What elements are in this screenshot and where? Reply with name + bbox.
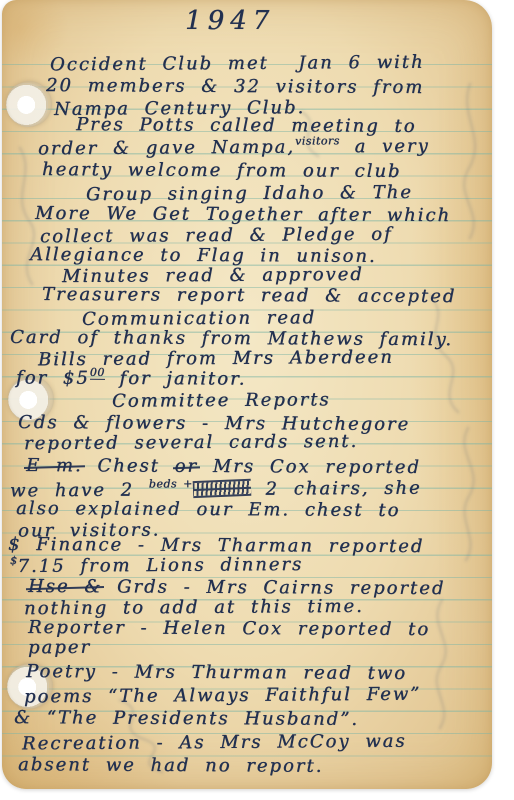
handwriting-text: Pres Potts called meeting to [76,114,417,137]
handwriting-line: & “The Presidents Husband”. [14,708,359,730]
handwriting-text: 00 [90,366,105,380]
handwriting-text: More We Get Together after which [35,203,451,226]
notebook-paper: 1947 Occident Club met Jan 6 with20 memb… [2,0,492,789]
handwriting-line: nothing to add at this time. [24,597,364,619]
handwriting-text: poems “The Always Faithful Few” [24,684,421,708]
handwriting-text: $ [10,554,18,567]
handwriting-line: order & gave Nampa,visitors a very [38,137,430,162]
handwriting-line: Pres Potts called meeting to [76,115,417,137]
handwriting-text: Poetry - Mrs Thurman read two [26,661,407,684]
handwriting-text: a very [340,136,430,158]
handwriting-line: also explained our Em. chest to [16,499,400,521]
handwriting-line: poems “The Always Faithful Few” [24,685,421,708]
handwriting-text: $ [8,534,36,555]
handwriting-text: Treasurers report read & accepted [42,284,456,307]
handwriting-text: paper [28,637,91,658]
handwriting-text: reported several cards sent. [24,431,358,454]
handwriting-text: visitors [295,134,340,147]
handwriting-line: Poetry - Mrs Thurman read two [26,662,407,684]
handwriting-text: Recreation - As Mrs McCoy was [22,731,407,755]
handwriting-line: for $500 for janitor. [16,368,246,391]
handwriting-line: Occident Club met Jan 6 with [50,53,425,76]
handwriting-text: beds + [149,477,193,490]
handwriting-text: for $5 [16,367,90,388]
handwriting-text: Committee Reports [112,389,331,412]
handwriting-text: Mrs Cox reported [198,456,421,478]
handwriting-text: nothing to add at this time. [24,596,364,619]
handwriting-text: Occident Club met Jan 6 with [50,52,425,76]
handwriting-text: E m. [26,455,83,476]
handwriting-text: hearty welcome from our club [42,159,402,182]
handwriting-text: Hse & [28,576,102,597]
handwriting-text: or [175,456,199,477]
handwriting-text: & “The Presidents Husband”. [14,707,359,730]
handwriting-line: Group singing Idaho & The [86,183,413,205]
handwriting-line: Committee Reports [112,390,331,412]
page-title: 1947 [185,6,275,36]
handwriting-text: 2 chairs, she [251,478,422,500]
handwriting-line: Treasurers report read & accepted [42,285,456,307]
handwriting-line: 20 members & 32 visitors from [46,76,424,98]
handwriting-line: absent we had no report. [18,755,323,777]
scribbled-out-word [192,479,251,498]
handwriting-line: hearty welcome from our club [42,160,402,182]
handwriting-text: for janitor. [105,368,247,390]
handwriting-text: Chest [83,455,175,476]
handwriting-line: paper [28,638,91,658]
handwriting-text: absent we had no report. [18,754,323,777]
handwriting-text: 7.15 from Lions dinners [17,554,303,577]
handwriting-text: Group singing Idaho & The [86,182,413,205]
handwriting-line: E m. Chest or Mrs Cox reported [26,456,421,478]
handwriting-line: reported several cards sent. [24,432,358,454]
handwriting-text: also explained our Em. chest to [16,498,400,521]
handwriting-line: Recreation - As Mrs McCoy was [22,732,407,755]
handwriting-text: order & gave Nampa, [38,137,295,160]
handwriting-line: More We Get Together after which [35,204,451,226]
handwriting-text: 20 members & 32 visitors from [46,75,424,98]
